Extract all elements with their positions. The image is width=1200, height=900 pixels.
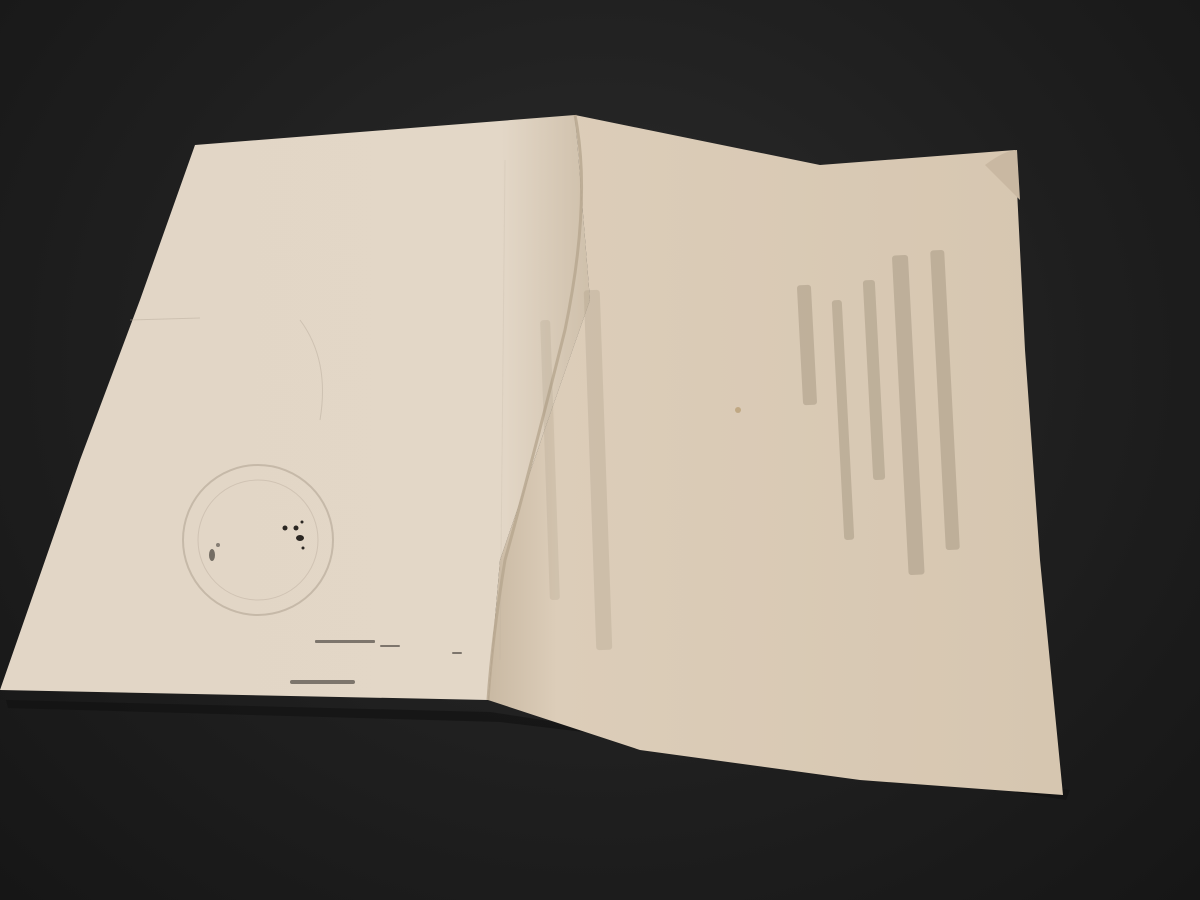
folded-paper <box>0 0 1200 900</box>
photo-scene <box>0 0 1200 900</box>
